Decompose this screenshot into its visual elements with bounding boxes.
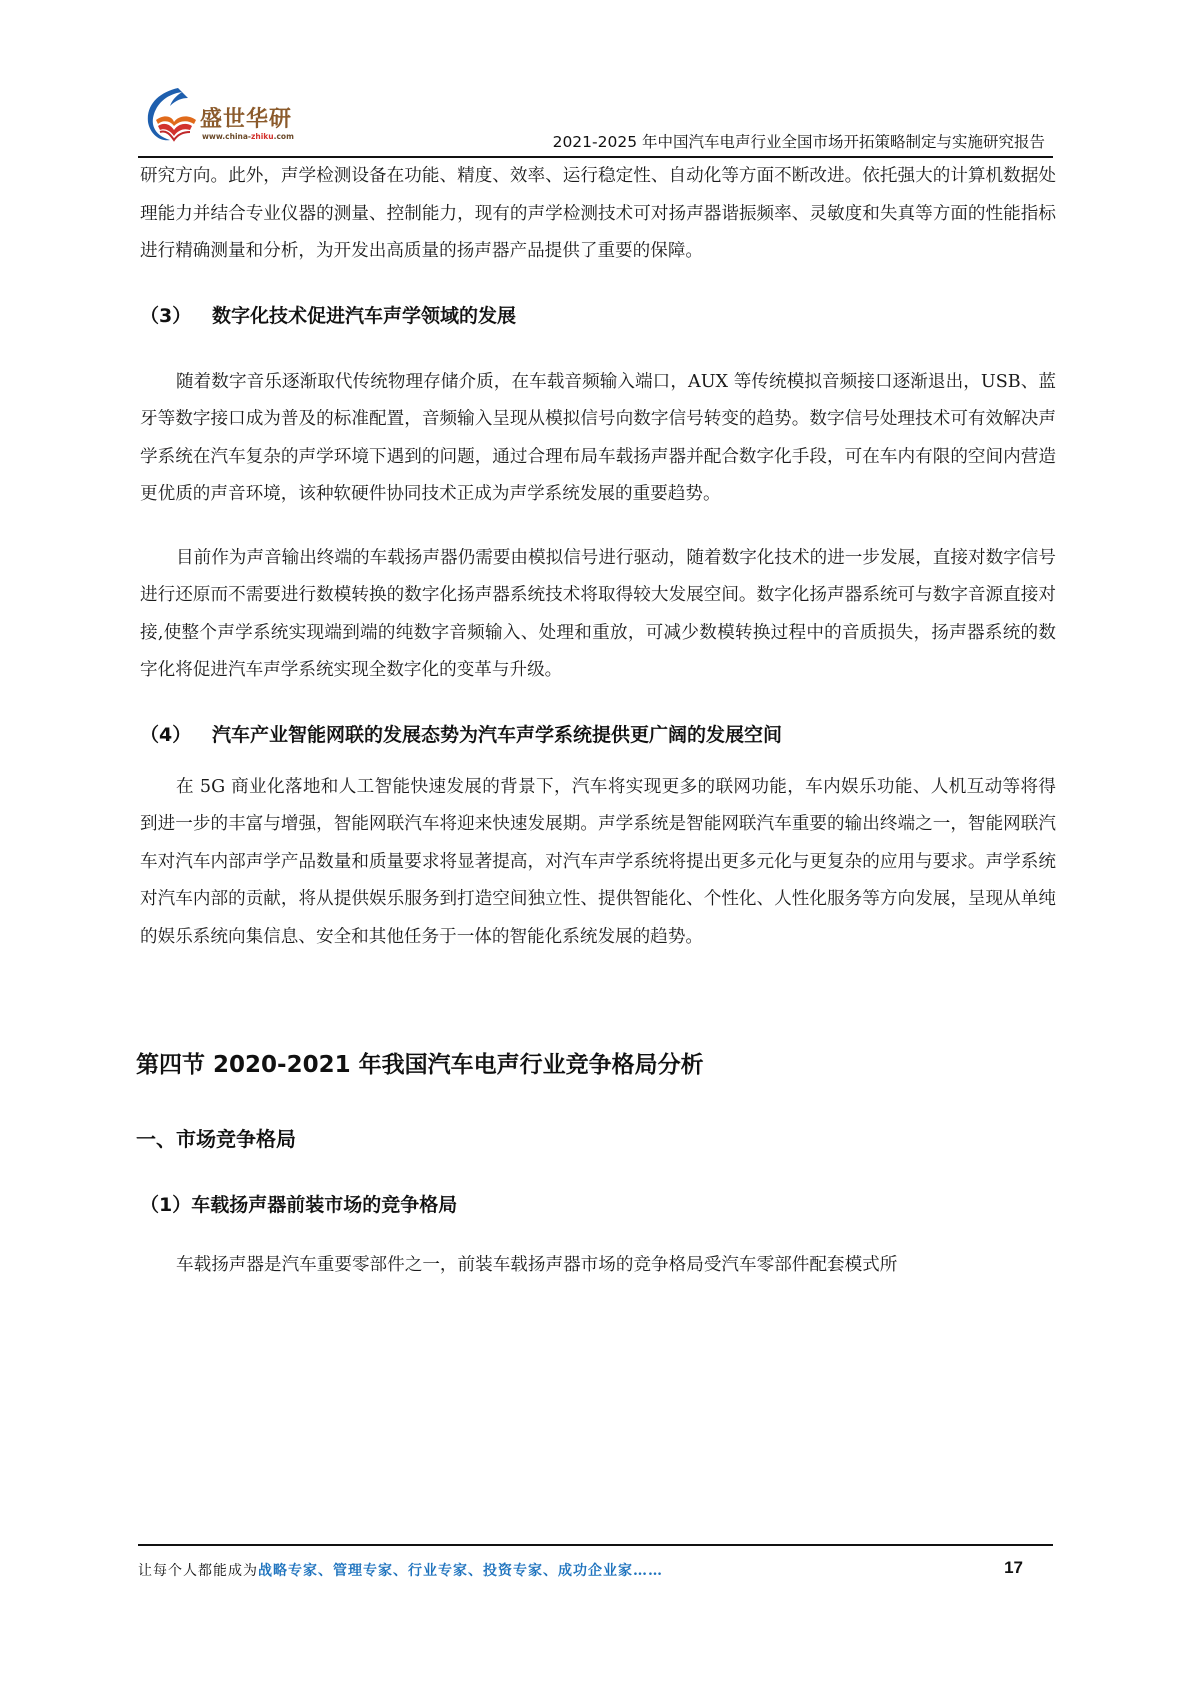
page-number: 17 — [1004, 1558, 1023, 1578]
chapter-section-title: 第四节 2020-2021 年我国汽车电声行业竞争格局分析 — [136, 1046, 1056, 1079]
logo-url: www.china-zhiku.com — [202, 132, 294, 141]
page-header: 盛世华研 www.china-zhiku.com 2021-2025 年中国汽车… — [138, 78, 1053, 158]
body-paragraph: 目前作为声音输出终端的车载扬声器仍需要由模拟信号进行驱动，随着数字化技术的进一步… — [140, 540, 1056, 690]
logo-url-prefix: www.china- — [202, 132, 251, 141]
body-paragraph: 在 5G 商业化落地和人工智能快速发展的背景下，汽车将实现更多的联网功能，车内娱… — [140, 769, 1056, 957]
document-body: 研究方向。此外，声学检测设备在功能、精度、效率、运行稳定性、自动化等方面不断改进… — [140, 158, 1056, 1285]
footer-slogan: 让每个人都能成为战略专家、管理专家、行业专家、投资专家、成功企业家…… — [138, 1560, 663, 1580]
section-heading-4: （4）汽车产业智能网联的发展态势为汽车声学系统提供更广阔的发展空间 — [140, 720, 1056, 747]
section-number: （4） — [140, 720, 212, 747]
subsection-title: 一、市场竞争格局 — [136, 1123, 1056, 1152]
section-heading-3: （3）数字化技术促进汽车声学领域的发展 — [140, 301, 1056, 328]
intro-paragraph: 研究方向。此外，声学检测设备在功能、精度、效率、运行稳定性、自动化等方面不断改进… — [140, 158, 1056, 271]
sub-subsection-title: （1）车载扬声器前装市场的竞争格局 — [140, 1190, 1056, 1217]
report-title: 2021-2025 年中国汽车电声行业全国市场开拓策略制定与实施研究报告 — [553, 130, 1045, 152]
section-number: （3） — [140, 301, 212, 328]
slogan-prefix: 让每个人都能成为 — [138, 1563, 258, 1579]
section-title: 数字化技术促进汽车声学领域的发展 — [212, 305, 516, 327]
logo-name: 盛世华研 — [200, 102, 292, 133]
book-swoosh-logo-icon — [142, 86, 202, 146]
body-paragraph: 随着数字音乐逐渐取代传统物理存储介质，在车载音频输入端口，AUX 等传统模拟音频… — [140, 364, 1056, 514]
body-paragraph: 车载扬声器是汽车重要零部件之一，前装车载扬声器市场的竞争格局受汽车零部件配套模式… — [140, 1247, 1056, 1285]
page-footer: 让每个人都能成为战略专家、管理专家、行业专家、投资专家、成功企业家…… 17 — [138, 1544, 1053, 1546]
slogan-accent: 战略专家、管理专家、行业专家、投资专家、成功企业家…… — [258, 1563, 663, 1579]
section-title: 汽车产业智能网联的发展态势为汽车声学系统提供更广阔的发展空间 — [212, 724, 782, 746]
logo-url-highlight: zhiku — [251, 132, 274, 141]
logo-url-suffix: .com — [274, 132, 294, 141]
company-logo: 盛世华研 www.china-zhiku.com — [138, 80, 308, 152]
